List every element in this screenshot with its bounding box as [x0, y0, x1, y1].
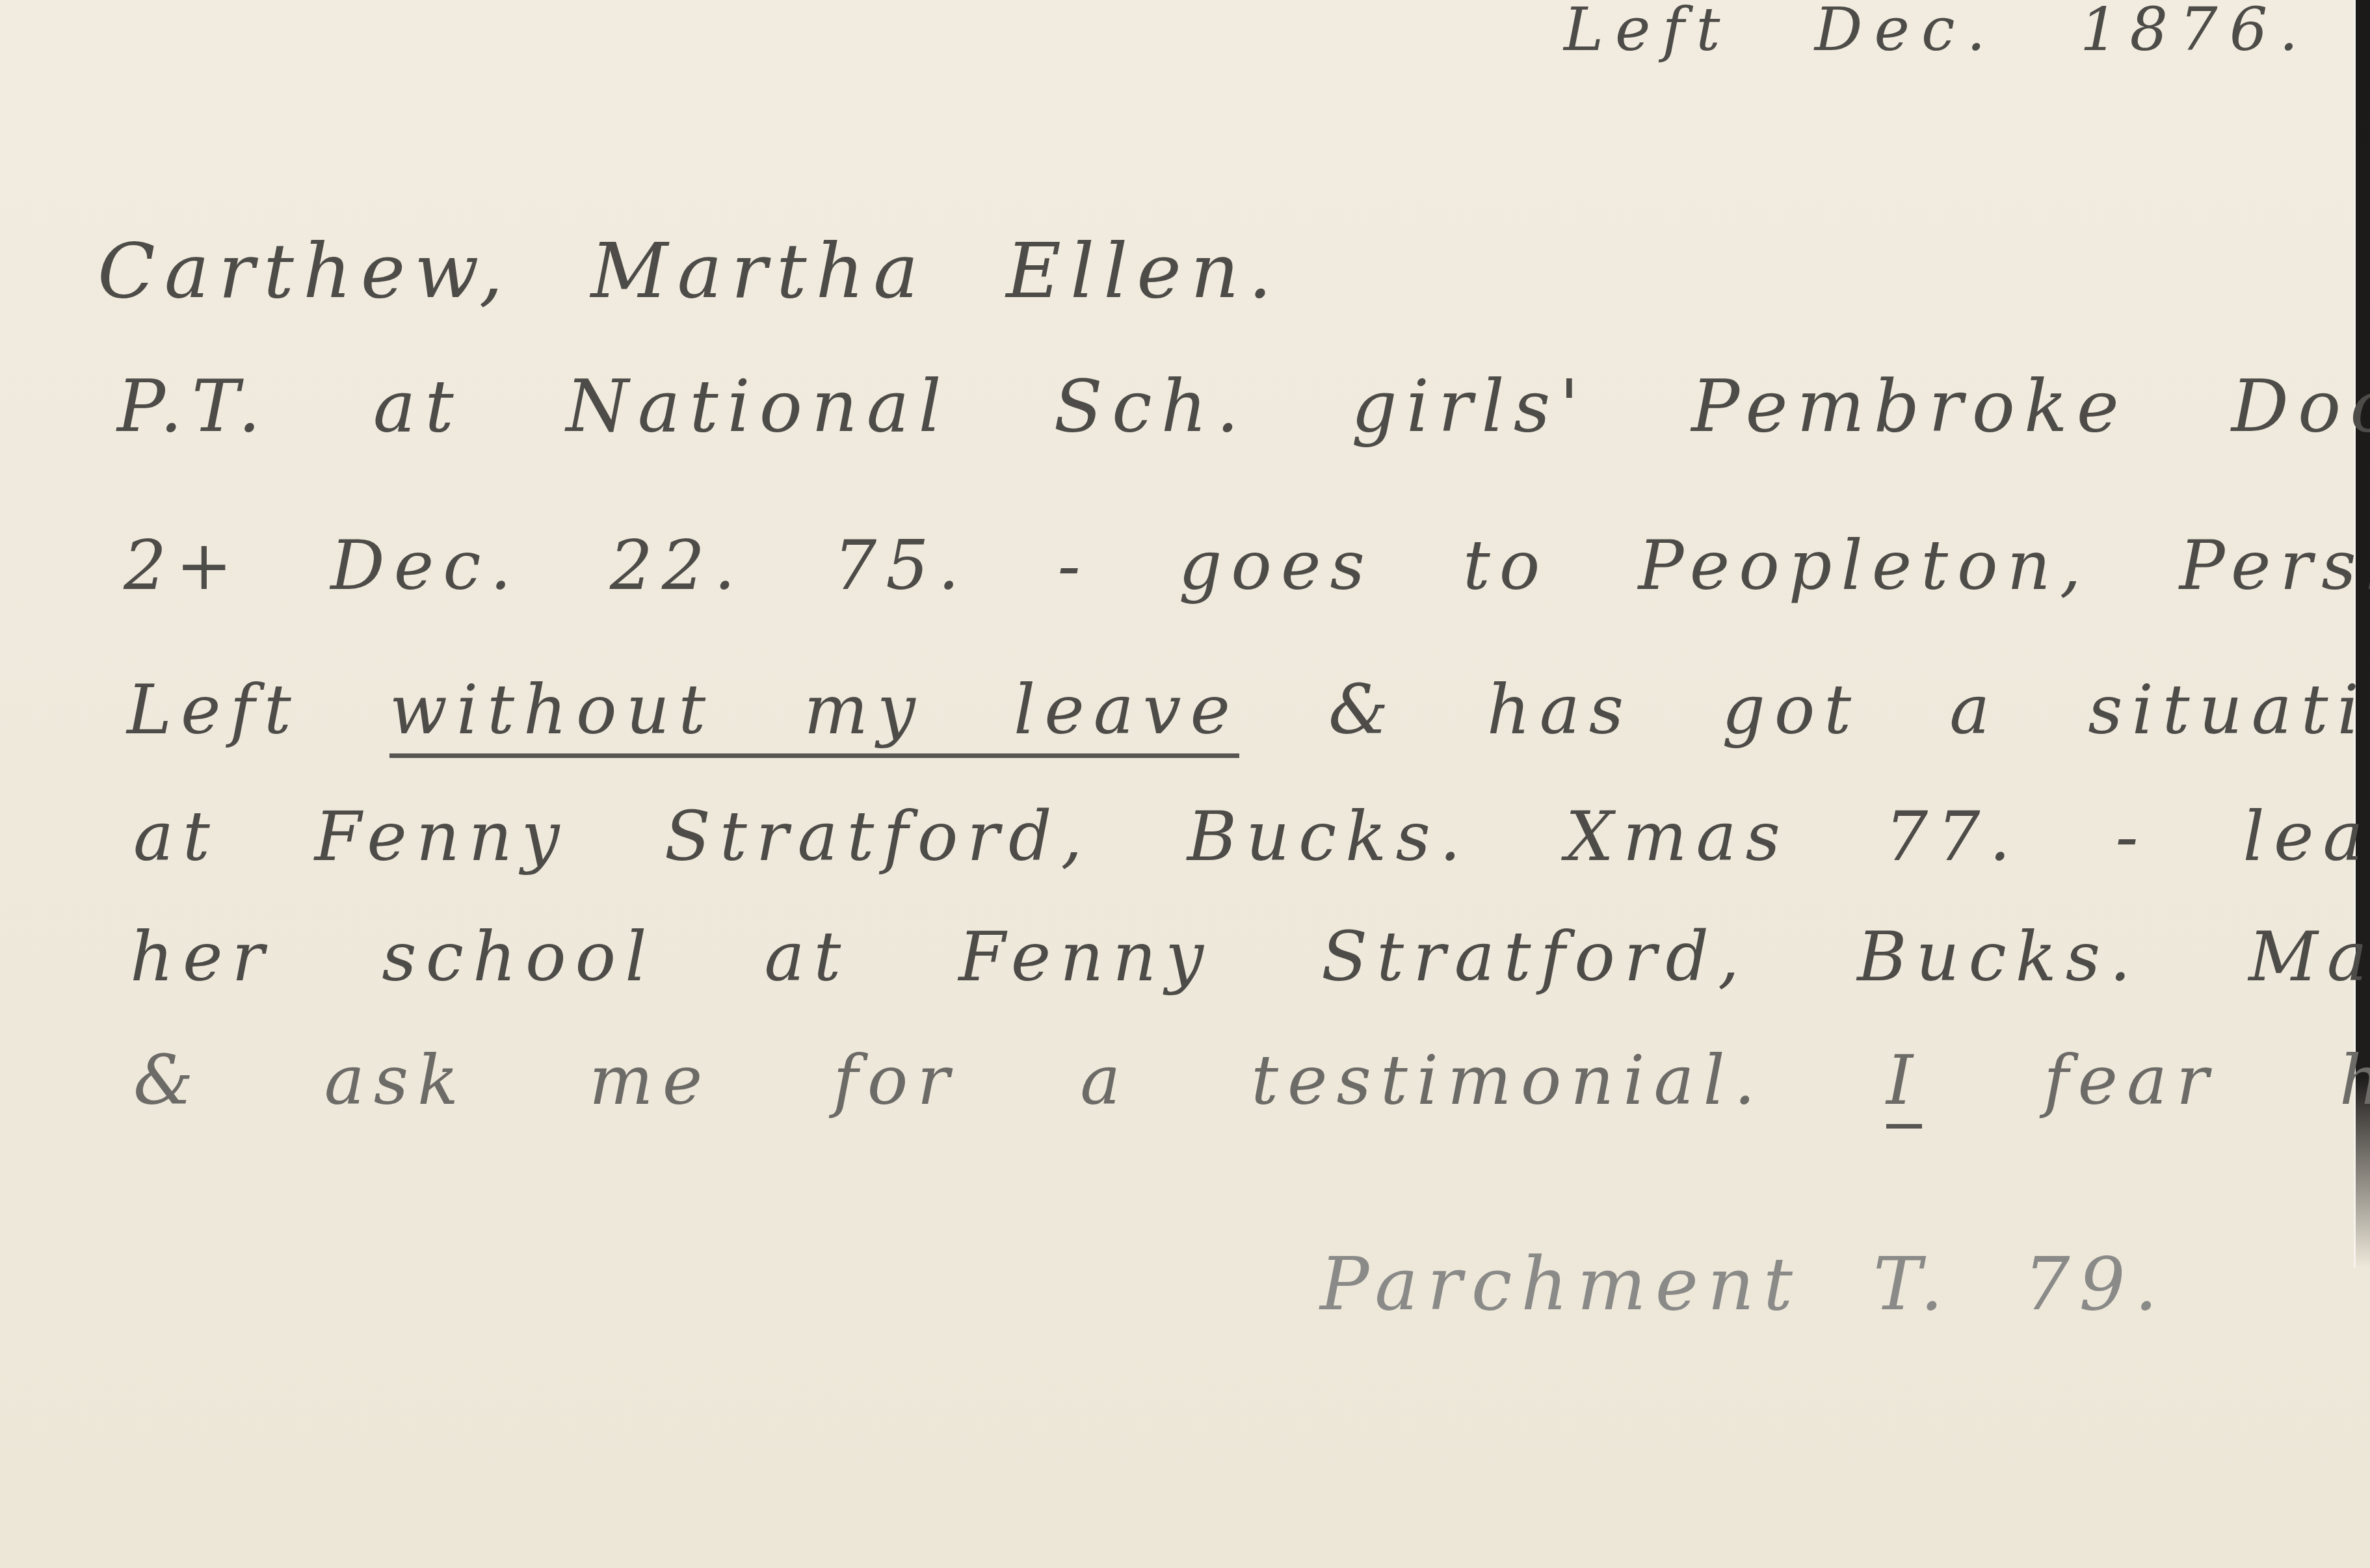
text-segment: fear health!!	[2044, 1041, 2370, 1120]
underlined-phrase: without my leave	[389, 670, 1239, 758]
entry-line-appointment: P.T. at National Sch. girls' Pembroke Do…	[117, 371, 2370, 442]
document-page: Left Dec. 1876. Carthew, Martha Ellen. P…	[0, 0, 2370, 1568]
entry-line-testimonial: & ask me for a testimonial. I fear healt…	[133, 1047, 2370, 1114]
certificate-note: Parchment T. 79.	[1320, 1248, 2166, 1321]
underlined-word: I	[1886, 1041, 1922, 1129]
entry-line-left-without-leave: Left without my leave & has got a situat…	[127, 676, 2370, 744]
departure-note: Left Dec. 1876.	[1564, 0, 2310, 60]
text-segment: & has got a situation	[1328, 670, 2370, 750]
entry-line-transfer: 2+ Dec. 22. 75. - goes to Peopleton, Per…	[124, 532, 2370, 599]
text-segment: & ask me for a testimonial.	[133, 1041, 1765, 1120]
text-segment: Left	[127, 670, 300, 750]
entry-line-situation: at Fenny Stratford, Bucks. Xmas 77. - le…	[133, 803, 2370, 870]
person-name: Carthew, Martha Ellen.	[98, 234, 1281, 309]
entry-line-leaving-school: her school at Fenny Stratford, Bucks. Ma…	[130, 923, 2370, 991]
